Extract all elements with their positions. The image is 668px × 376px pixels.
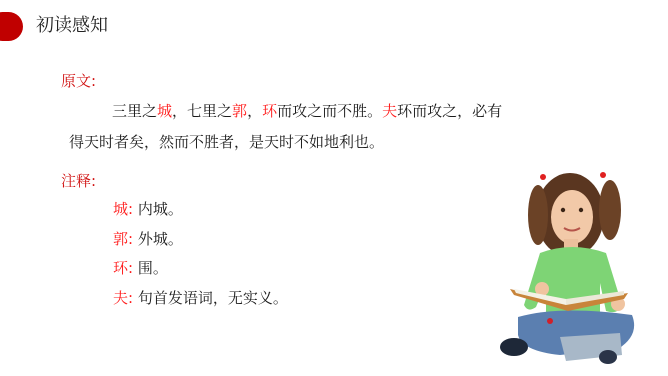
note-term: 夫: <box>113 289 133 307</box>
original-text-label: 原文: <box>61 71 96 91</box>
notes-label: 注释: <box>61 171 96 191</box>
original-text-line-1: 三里之城，七里之郭，环而攻之而不胜。夫环而攻之，必有 <box>112 101 502 121</box>
highlight-term: 环 <box>262 102 277 120</box>
segment: ， <box>247 102 262 120</box>
segment: 三里之 <box>112 102 157 120</box>
note-meaning: 内城。 <box>133 200 183 218</box>
note-item: 环: 围。 <box>113 258 168 278</box>
note-item: 夫: 句首发语词，无实义。 <box>113 288 288 308</box>
page-title: 初读感知 <box>36 13 108 39</box>
note-meaning: 句首发语词，无实义。 <box>133 289 288 307</box>
girl-reading-image <box>500 165 660 370</box>
highlight-term: 城 <box>157 102 172 120</box>
highlight-term: 郭 <box>232 102 247 120</box>
note-item: 郭: 外城。 <box>113 229 183 249</box>
segment: 而攻之而不胜。 <box>277 102 382 120</box>
note-term: 环: <box>113 259 133 277</box>
title-accent-pill <box>0 12 23 41</box>
original-text-line-2: 得天时者矣，然而不胜者，是天时不如地利也。 <box>69 132 384 152</box>
highlight-term: 夫 <box>382 102 397 120</box>
segment: ，七里之 <box>172 102 232 120</box>
note-meaning: 外城。 <box>133 230 183 248</box>
segment: 环而攻之，必有 <box>397 102 502 120</box>
note-meaning: 围。 <box>133 259 168 277</box>
note-term: 城: <box>113 200 133 218</box>
note-term: 郭: <box>113 230 133 248</box>
note-item: 城: 内城。 <box>113 199 183 219</box>
